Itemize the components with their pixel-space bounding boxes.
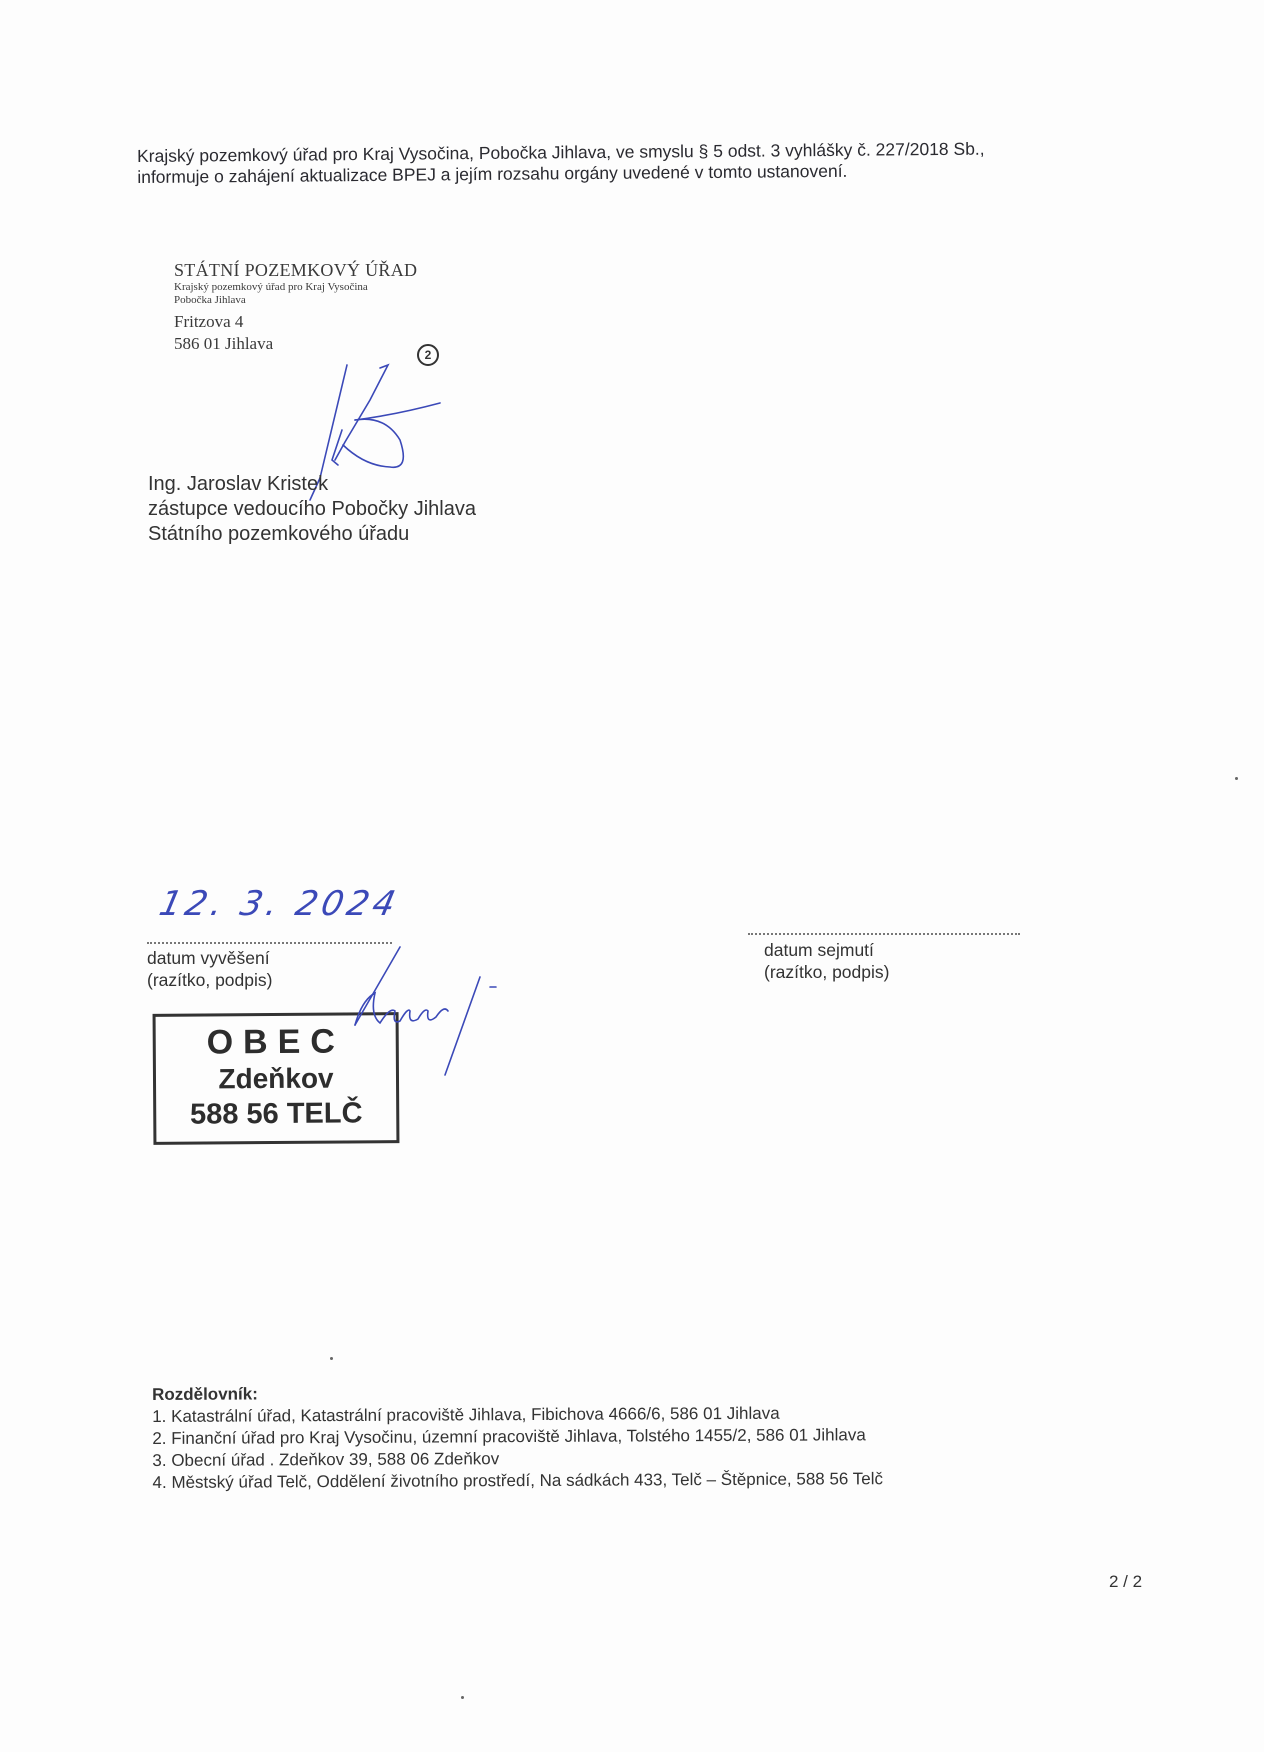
scan-speck <box>1235 777 1238 780</box>
office-stamp-title: STÁTNÍ POZEMKOVÝ ÚŘAD <box>174 260 417 281</box>
signer-name: Ing. Jaroslav Kristek <box>148 472 476 497</box>
scan-speck <box>330 1357 333 1360</box>
signer-block: Ing. Jaroslav Kristek zástupce vedoucího… <box>148 472 476 547</box>
page-number: 2 / 2 <box>1109 1572 1142 1592</box>
scan-speck <box>461 1696 464 1699</box>
posting-date-subtitle: (razítko, podpis) <box>147 969 272 991</box>
removal-date-label: datum sejmutí (razítko, podpis) <box>764 939 889 983</box>
document-page: Krajský pozemkový úřad pro Kraj Vysočina… <box>0 0 1264 1752</box>
distribution-item: 4. Městský úřad Telč, Oddělení životního… <box>152 1468 883 1494</box>
office-stamp: STÁTNÍ POZEMKOVÝ ÚŘAD Krajský pozemkový … <box>174 260 417 355</box>
office-stamp-subtitle-2: Pobočka Jihlava <box>174 294 417 307</box>
posting-signature <box>340 945 500 1065</box>
posting-date-label: datum vyvěšení (razítko, podpis) <box>147 947 272 991</box>
office-stamp-city: 586 01 Jihlava <box>174 333 417 355</box>
removal-date-title: datum sejmutí <box>764 939 889 961</box>
posting-date-line <box>147 942 392 944</box>
removal-date-line <box>748 933 1020 935</box>
distribution-list: Rozdělovník: 1. Katastrální úřad, Katast… <box>152 1380 883 1494</box>
municipal-stamp-line-3: 588 56 TELČ <box>156 1095 396 1133</box>
office-stamp-subtitle-1: Krajský pozemkový úřad pro Kraj Vysočina <box>174 281 417 294</box>
intro-paragraph: Krajský pozemkový úřad pro Kraj Vysočina… <box>137 139 985 188</box>
removal-date-subtitle: (razítko, podpis) <box>764 961 889 983</box>
municipal-stamp-line-2: Zdeňkov <box>156 1061 396 1097</box>
distribution-item: 2. Finanční úřad pro Kraj Vysočinu, územ… <box>152 1424 883 1450</box>
office-stamp-street: Fritzova 4 <box>174 311 417 333</box>
handwritten-posting-date: 12. 3. 2024 <box>156 884 403 924</box>
signer-role: zástupce vedoucího Pobočky Jihlava <box>148 497 476 522</box>
signer-organization: Státního pozemkového úřadu <box>148 522 476 547</box>
posting-date-title: datum vyvěšení <box>147 947 272 969</box>
